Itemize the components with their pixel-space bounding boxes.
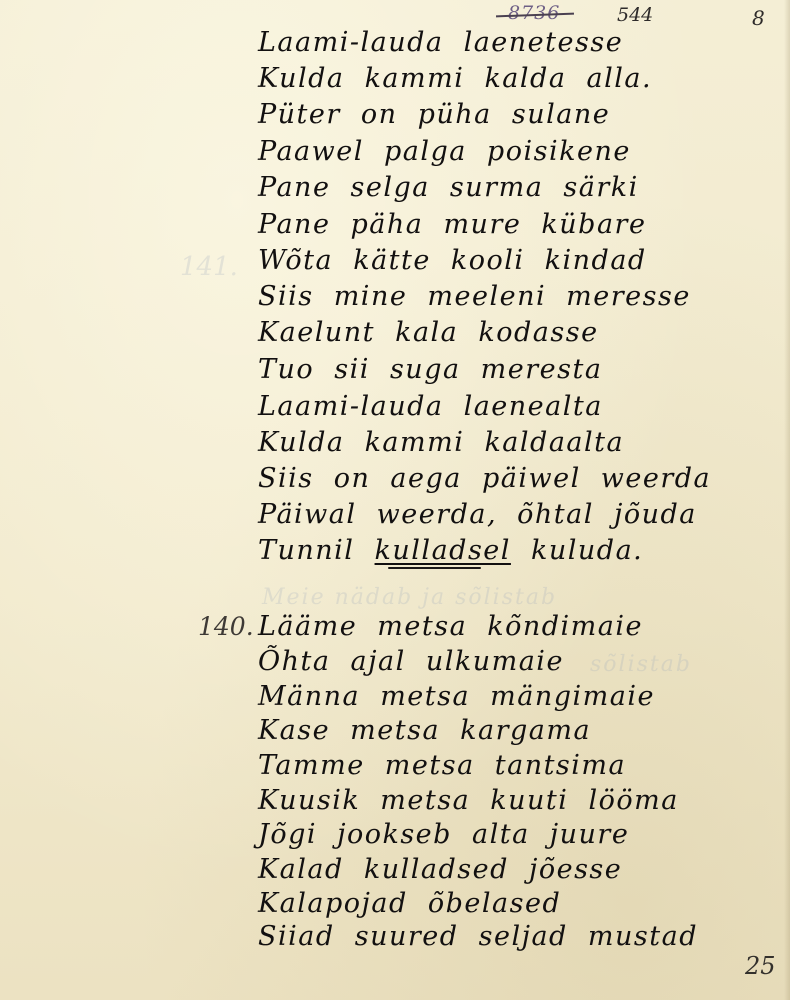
verse-line: Pane päha mure kübare: [258, 210, 646, 240]
verse-line: Kase metsa kargama: [258, 716, 591, 746]
verse-line: Tamme metsa tantsima: [258, 751, 626, 781]
verse-line: Kaelunt kala kodasse: [258, 318, 599, 348]
verse-line: Kulda kammi kaldaalta: [258, 428, 624, 458]
verse-word: Tunnil: [258, 535, 354, 566]
verse-line: Laami-lauda laenetesse: [258, 28, 623, 58]
verse-line: Siis mine meeleni meresse: [258, 282, 691, 312]
paper-edge-shadow: [784, 0, 790, 1000]
verse-word: kuluda.: [531, 535, 643, 566]
verse-line: Jõgi jookseb alta juure: [258, 820, 629, 850]
underlined-word: kulladsel: [375, 535, 511, 566]
verse-line: Kalapojad õbelased: [258, 889, 561, 919]
bleed-through-text: sõlistab: [590, 652, 692, 677]
verse-line-final: Tunnil kulladsel kuluda.: [258, 536, 643, 566]
verse-line: Lääme metsa kõndimaie: [258, 612, 643, 642]
verse-line: Pane selga surma särki: [258, 173, 639, 203]
sheet-number: 25: [745, 952, 776, 980]
verse-line: Püter on püha sulane: [258, 100, 610, 130]
verse-line: Laami-lauda laenealta: [258, 392, 603, 422]
verse-line: Siiad suured seljad mustad: [258, 922, 698, 952]
bleed-through-text: Meie nädab ja sõlistab: [262, 585, 557, 610]
page-number: 8: [752, 6, 765, 30]
bleed-through-number: 141.: [180, 252, 238, 282]
manuscript-page: 8736 544 8 141. Meie nädab ja sõlistab s…: [0, 0, 790, 1000]
verse-line: Wõta kätte kooli kindad: [258, 246, 647, 276]
verse-line: Paawel palga poisikene: [258, 137, 631, 167]
verse-line: Õhta ajal ulkumaie: [258, 647, 564, 677]
verse-line: Tuo sii suga meresta: [258, 355, 602, 385]
verse-line: Siis on aega päiwel weerda: [258, 464, 711, 494]
archive-number: 544: [617, 4, 653, 26]
stanza-separator-rule: [388, 567, 481, 569]
verse-line: Männa metsa mängimaie: [258, 682, 655, 712]
verse-line: Päiwal weerda, õhtal jõuda: [258, 500, 697, 530]
poem-number: 140.: [198, 612, 254, 641]
verse-line: Kulda kammi kalda alla.: [258, 64, 652, 94]
verse-line: Kuusik metsa kuuti lööma: [258, 786, 679, 816]
verse-line: Kalad kulladsed jõesse: [258, 855, 622, 885]
